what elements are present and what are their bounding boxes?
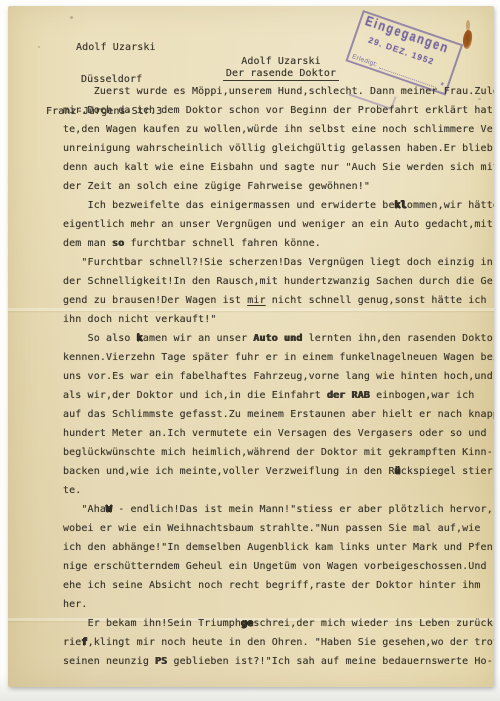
typed-line: te,den Wagen kaufen zu wollen,würde ihn … <box>63 124 494 143</box>
typed-line: eigentlich mehr an unser Vergnügen und w… <box>63 219 494 238</box>
typed-line: ihn doch nicht verkauft!" <box>63 314 494 333</box>
typed-line: als wir,der Doktor und ich,in die Einfah… <box>63 390 494 409</box>
typed-line: "AhaW - endlich!Das ist mein Mann!"sties… <box>63 504 494 523</box>
typed-line: Ich bezweifelte das einigermassen und er… <box>63 200 494 219</box>
rust-stain <box>462 29 474 49</box>
manuscript-title: Der rasende Doktor <box>223 68 339 82</box>
sender-name: Adolf Uzarski <box>76 43 162 54</box>
typed-line: gend zu brausen!Der Wagen ist mir nicht … <box>63 295 494 314</box>
typed-line: So also kamen wir an unser Auto und lern… <box>63 333 494 352</box>
sender-city: Düsseldorf <box>81 75 162 86</box>
stamp-done-label: Erledigt: <box>351 53 378 68</box>
manuscript-title-block: Adolf Uzarski Der rasende Doktor <box>222 56 340 81</box>
typed-line: rief,klingt mir noch heute in den Ohren.… <box>63 637 494 656</box>
typed-line: kennen.Vierzehn Tage später fuhr er in e… <box>63 352 494 371</box>
typed-line: hundert Meter an.Ich vermutete ein Versa… <box>63 428 494 447</box>
typed-line: her. <box>63 599 494 618</box>
paper-speck <box>70 16 73 19</box>
typed-line: uns vor.Es war ein fabelhaftes Fahrzeug,… <box>63 371 494 390</box>
typed-line: beglückwünschte mich heimlich,während de… <box>63 447 494 466</box>
typed-line: ich den abhänge!"In demselben Augenblick… <box>63 542 494 561</box>
rust-stain-tail <box>466 20 470 31</box>
typed-line: te. <box>63 485 494 504</box>
typed-line: dem man so furchtbar schnell fahren könn… <box>63 238 494 257</box>
typed-body: Zuerst wurde es Möppi,unserem Hund,schle… <box>63 86 494 675</box>
typed-line: denn auch kalt wie eine Eisbahn und sagt… <box>63 162 494 181</box>
manuscript-author: Adolf Uzarski <box>222 56 340 68</box>
typed-line: wobei er wie ein Weihnachtsbaum strahlte… <box>63 523 494 542</box>
paper-speck <box>38 46 40 48</box>
typed-line: nige erschütterndem Geheul ein Ungetüm v… <box>63 561 494 580</box>
typed-line: mir.Doch da ich dem Doktor schon vor Beg… <box>63 105 494 124</box>
typed-line: ehe ich seine Absicht noch recht begriff… <box>63 580 494 599</box>
typed-line: "Furchtbar schnell?!Sie scherzen!Das Ver… <box>63 257 494 276</box>
typed-line: der Zeit an solch eine zügige Fahrweise … <box>63 181 494 200</box>
typed-line: backen und,wie ich meinte,voller Verzwei… <box>63 466 494 485</box>
typed-line: seinen neunzig PS geblieben ist?!"Ich sa… <box>63 656 494 675</box>
document-page: Adolf Uzarski Düsseldorf Franz-Jürgens-S… <box>8 6 494 687</box>
typed-line: der Schnelligkeit!In den Rausch,mit hund… <box>63 276 494 295</box>
received-stamp: Eingegangen 29. DEZ. 1952 Erledigt: * <box>345 10 463 96</box>
typed-line: auf das Schlimmste gefasst.Zu meinem Ers… <box>63 409 494 428</box>
scan-background: { "sender": { "name": "Adolf Uzarski", "… <box>0 0 500 701</box>
typed-line: unreinigung wahrscheinlich völlig gleich… <box>63 143 494 162</box>
typed-line: Zuerst wurde es Möppi,unserem Hund,schle… <box>63 86 494 105</box>
typed-line: Er bekam ihn!Sein Triumphgeschrei,der mi… <box>63 618 494 637</box>
